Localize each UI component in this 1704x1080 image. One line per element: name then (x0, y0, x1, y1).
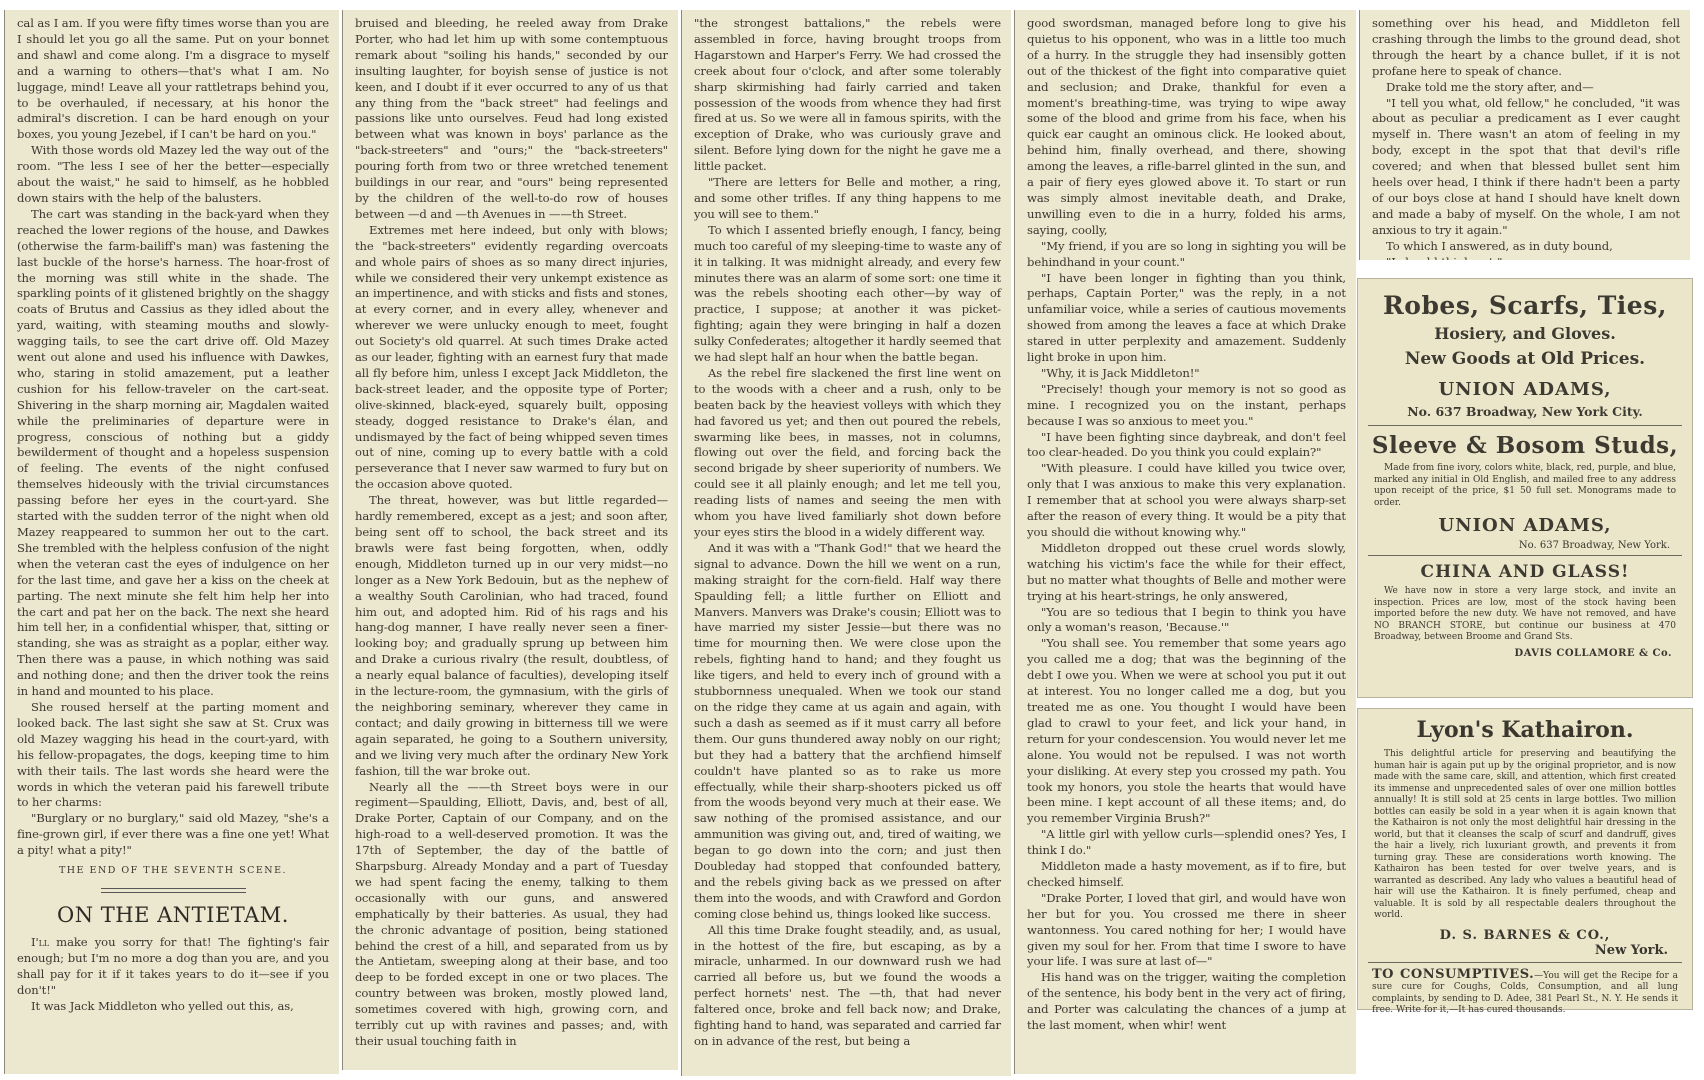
ad-robes-tagline: New Goods at Old Prices. (1368, 349, 1682, 369)
ad-robes-merchant: UNION ADAMS, (1368, 379, 1682, 400)
paragraph: "Burglary or no burglary," said old Maze… (17, 811, 329, 859)
section-divider (101, 888, 246, 893)
paragraph: With those words old Mazey led the way o… (17, 143, 329, 207)
ad-kathairon-body: This delightful article for preserving a… (1374, 749, 1676, 922)
column-5: something over his head, and Middleton f… (1359, 10, 1690, 260)
paragraph: Middleton made a hasty movement, as if t… (1027, 859, 1346, 891)
paragraph: something over his head, and Middleton f… (1372, 16, 1680, 80)
paragraph: "I tell you what, old fellow," he conclu… (1372, 96, 1680, 239)
advertisements-lower: Lyon's Kathairon. This delightful articl… (1357, 708, 1693, 1010)
end-of-scene-caption: THE END OF THE SEVENTH SCENE. (17, 865, 329, 876)
paragraph: Drake told me the story after, and— (1372, 80, 1680, 96)
ad-studs-address: No. 637 Broadway, New York. (1368, 540, 1670, 551)
ad-divider (1368, 425, 1682, 426)
paragraph: "I have been fighting since daybreak, an… (1027, 430, 1346, 462)
paragraph: "A little girl with yellow curls—splendi… (1027, 827, 1346, 859)
paragraph: To which I assented briefly enough, I fa… (694, 223, 1001, 366)
ad-consumptives: TO CONSUMPTIVES.—You will get the Recipe… (1372, 969, 1678, 1017)
ad-china-body: We have now in store a very large stock,… (1374, 586, 1676, 644)
paragraph: good swordsman, managed before long to g… (1027, 16, 1346, 239)
paragraph: "I have been longer in fighting than you… (1027, 271, 1346, 366)
ad-consumptives-lead: TO CONSUMPTIVES. (1372, 967, 1534, 982)
ad-robes-address: No. 637 Broadway, New York City. (1368, 404, 1682, 419)
ad-studs-title: Sleeve & Bosom Studs, (1368, 432, 1682, 459)
paragraph: cal as I am. If you were fifty times wor… (17, 16, 329, 143)
paragraph: All this time Drake fought steadily, and… (694, 923, 1001, 1050)
paragraph: "You are so tedious that I begin to thin… (1027, 605, 1346, 637)
paragraph: "With pleasure. I could have killed you … (1027, 461, 1346, 541)
paragraph: His hand was on the trigger, waiting the… (1027, 970, 1346, 1034)
ad-kathairon-title: Lyon's Kathairon. (1368, 717, 1682, 743)
ad-china-title: CHINA AND GLASS! (1368, 562, 1682, 582)
paragraph: Extremes met here indeed, but only with … (355, 223, 668, 493)
column-3: "the strongest battalions," the rebels w… (681, 10, 1011, 1076)
paragraph: "You shall see. You remember that some y… (1027, 636, 1346, 827)
paragraph: "Drake Porter, I loved that girl, and wo… (1027, 891, 1346, 971)
story-paragraph: I'll make you sorry for that! The fighti… (17, 935, 329, 999)
paragraph: And it was with a "Thank God!" that we h… (694, 541, 1001, 923)
story-headline: ON THE ANTIETAM. (17, 903, 329, 927)
paragraph: Nearly all the ——th Street boys were in … (355, 780, 668, 1050)
paragraph: bruised and bleeding, he reeled away fro… (355, 16, 668, 223)
paragraph: "Why, it is Jack Middleton!" (1027, 366, 1346, 382)
paragraph: The cart was standing in the back-yard w… (17, 207, 329, 700)
story-paragraph: It was Jack Middleton who yelled out thi… (17, 999, 329, 1015)
ad-kathairon-merchant: D. S. BARNES & CO., (1368, 928, 1682, 943)
paragraph: "There are letters for Belle and mother,… (694, 175, 1001, 223)
paragraph: "Precisely! though your memory is not so… (1027, 382, 1346, 430)
column-1: cal as I am. If you were fifty times wor… (4, 10, 339, 1074)
ad-robes-title: Robes, Scarfs, Ties, (1368, 291, 1682, 320)
ad-divider (1368, 555, 1682, 556)
story-first-word: I'll (31, 935, 49, 949)
paragraph: The threat, however, was but little rega… (355, 493, 668, 779)
ad-divider (1368, 962, 1682, 963)
column-4: good swordsman, managed before long to g… (1014, 10, 1356, 1074)
paragraph: As the rebel fire slackened the first li… (694, 366, 1001, 541)
paragraph: "I should think not." (1372, 255, 1680, 260)
column-2: bruised and bleeding, he reeled away fro… (342, 10, 678, 1070)
paragraph: "My friend, if you are so long in sighti… (1027, 239, 1346, 271)
paragraph: To which I answered, as in duty bound, (1372, 239, 1680, 255)
advertisements-upper: Robes, Scarfs, Ties, Hosiery, and Gloves… (1357, 278, 1693, 698)
ad-studs-body: Made from fine ivory, colors white, blac… (1374, 463, 1676, 509)
ad-robes-subtitle: Hosiery, and Gloves. (1368, 324, 1682, 343)
paragraph: "the strongest battalions," the rebels w… (694, 16, 1001, 175)
paragraph: She roused herself at the parting moment… (17, 700, 329, 811)
ad-china-signature: DAVIS COLLAMORE & Co. (1368, 648, 1672, 659)
ad-studs-merchant: UNION ADAMS, (1368, 515, 1682, 536)
paragraph: Middleton dropped out these cruel words … (1027, 541, 1346, 605)
story-text: make you sorry for that! The fighting's … (17, 935, 329, 997)
ad-kathairon-city: New York. (1368, 943, 1668, 958)
